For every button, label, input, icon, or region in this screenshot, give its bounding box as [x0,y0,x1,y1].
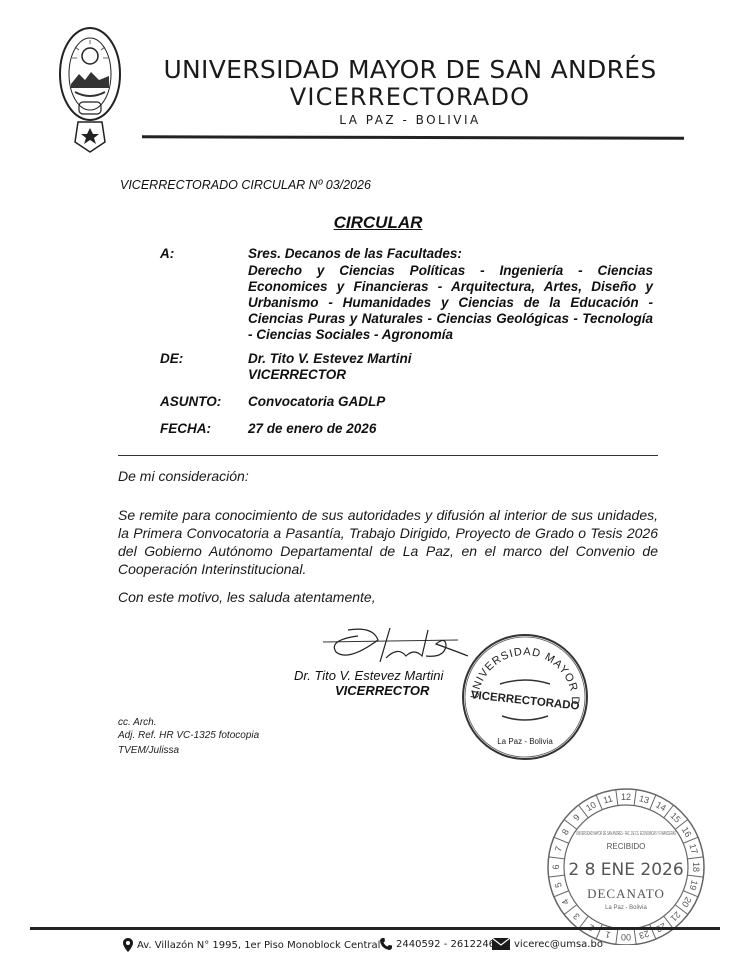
phone-text: 2440592 - 2612246 [396,939,495,950]
stamp-status: RECIBIDO [607,842,646,851]
stamp-office: DECANATO [587,886,665,901]
svg-text:3: 3 [571,911,582,922]
circular-reference: VICERRECTORADO CIRCULAR Nº 03/2026 [120,178,371,192]
footer-email: vicerec@umsa.bo [492,938,603,950]
footer-address: Av. Villazón N° 1995, 1er Piso Monoblock… [123,938,380,952]
cc-archive: cc. Arch. [118,717,157,728]
signatory-role: VICERRECTOR [335,683,429,698]
svg-text:4: 4 [560,897,571,906]
email-text: vicerec@umsa.bo [514,939,603,950]
to-label: A: [160,246,174,261]
svg-text:16: 16 [680,825,694,839]
to-faculties: Derecho y Ciencias Políticas - Ingenierí… [248,263,653,343]
document-title: CIRCULAR [0,213,756,233]
signatory-name: Dr. Tito V. Estevez Martini [294,668,443,683]
svg-text:15: 15 [668,810,682,824]
subject-value: Convocatoria GADLP [248,394,653,410]
envelope-icon [492,938,510,950]
stamp-city: La Paz - Bolivia [605,905,647,911]
from-role: VICERRECTOR [248,367,653,383]
svg-text:8: 8 [560,827,571,836]
svg-text:11: 11 [602,793,614,805]
svg-text:19: 19 [687,879,699,891]
closing: Con este motivo, les saluda atentamente, [118,588,658,606]
typist-initials: TVEM/Julissa [118,745,179,756]
address-text: Av. Villazón N° 1995, 1er Piso Monoblock… [137,940,380,951]
body-paragraph: Se remite para conocimiento de sus autor… [118,506,658,578]
svg-text:20: 20 [680,895,694,909]
stamp-date: 2 8 ENE 2026 [568,860,683,880]
phone-icon [380,938,392,950]
footer-divider [30,927,720,930]
stamp-org-text: UNIVERSIDAD MAYOR DE SAN ANDRES - FAC. D… [576,831,676,837]
svg-text:21: 21 [668,909,682,923]
to-recipient: Sres. Decanos de las Facultades: [248,246,653,262]
header-divider [142,135,684,139]
office-name: VICERRECTORADO [140,83,680,111]
svg-text:18: 18 [691,862,701,872]
svg-text:6: 6 [551,864,561,869]
svg-text:17: 17 [687,843,699,855]
svg-text:12: 12 [621,792,631,802]
date-label: FECHA: [160,421,211,436]
received-date-stamp: 001234567891011121314151617181920212223 … [538,785,708,945]
svg-text:13: 13 [638,793,650,805]
from-label: DE: [160,351,183,366]
svg-text:10: 10 [584,800,598,814]
footer-phone: 2440592 - 2612246 [380,938,495,950]
svg-text:7: 7 [553,845,564,852]
university-name: UNIVERSIDAD MAYOR DE SAN ANDRÉS [140,55,680,84]
location-pin-icon [123,938,133,952]
section-divider [118,455,658,456]
svg-text:5: 5 [553,881,564,888]
svg-text:9: 9 [571,812,582,823]
university-crest-logo [55,26,125,154]
from-name: Dr. Tito V. Estevez Martini [248,351,653,367]
location: LA PAZ - BOLIVIA [140,113,680,127]
seal-center-text: VICERRECTORADO [470,689,580,712]
greeting: De mi consideración: [118,467,658,485]
seal-bottom-text: La Paz - Bolivia [497,737,553,746]
subject-label: ASUNTO: [160,394,221,409]
svg-text:14: 14 [654,800,668,814]
date-value: 27 de enero de 2026 [248,421,653,437]
footer: Av. Villazón N° 1995, 1er Piso Monoblock… [0,938,756,958]
attachment-reference: Adj. Ref. HR VC-1325 fotocopia [118,730,259,741]
vicerrectorado-seal: UNIVERSIDAD MAYOR DE SAN ANDRES VICERREC… [460,632,590,762]
